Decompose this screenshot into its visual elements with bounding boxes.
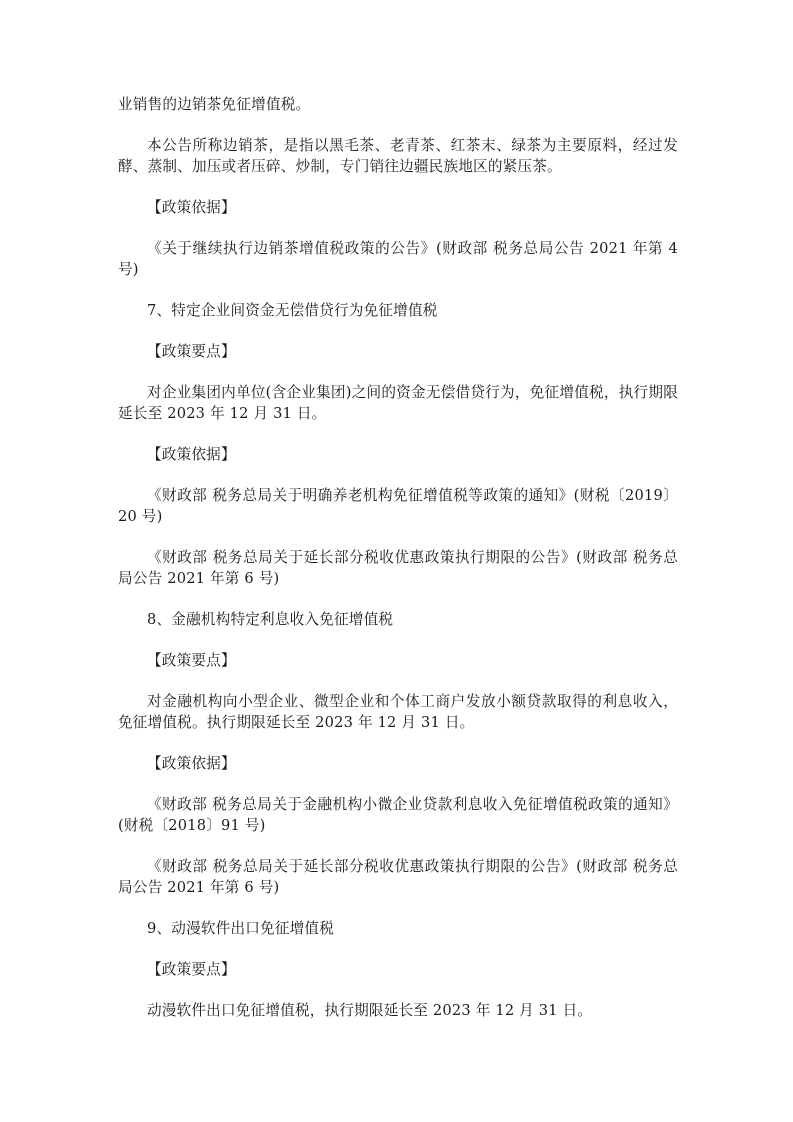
policy-reference: 《关于继续执行边销茶增值税政策的公告》(财政部 税务总局公告 2021 年第 4… <box>118 238 678 280</box>
document-page: 业销售的边销茶免征增值税。 本公告所称边销茶，是指以黑毛茶、老青茶、红茶末、绿茶… <box>118 94 678 1041</box>
section-heading-9: 9、动漫软件出口免征增值税 <box>118 918 678 939</box>
section-label-policy-points: 【政策要点】 <box>118 650 678 671</box>
section-label-policy-points: 【政策要点】 <box>118 341 678 362</box>
section-label-policy-basis: 【政策依据】 <box>118 753 678 774</box>
policy-reference: 《财政部 税务总局关于明确养老机构免征增值税等政策的通知》(财税〔2019〕20… <box>118 485 678 527</box>
paragraph-policy-point: 对企业集团内单位(含企业集团)之间的资金无偿借贷行为，免征增值税，执行期限延长至… <box>118 382 678 424</box>
section-label-policy-basis: 【政策依据】 <box>118 197 678 218</box>
paragraph-policy-point: 动漫软件出口免征增值税，执行期限延长至 2023 年 12 月 31 日。 <box>118 1000 678 1021</box>
policy-reference: 《财政部 税务总局关于延长部分税收优惠政策执行期限的公告》(财政部 税务总局公告… <box>118 856 678 898</box>
paragraph-tea-definition: 本公告所称边销茶，是指以黑毛茶、老青茶、红茶末、绿茶为主要原料，经过发酵、蒸制、… <box>118 135 678 177</box>
section-heading-7: 7、特定企业间资金无偿借贷行为免征增值税 <box>118 300 678 321</box>
paragraph-policy-point: 对金融机构向小型企业、微型企业和个体工商户发放小额贷款取得的利息收入，免征增值税… <box>118 691 678 733</box>
section-label-policy-basis: 【政策依据】 <box>118 444 678 465</box>
policy-reference: 《财政部 税务总局关于延长部分税收优惠政策执行期限的公告》(财政部 税务总局公告… <box>118 547 678 589</box>
paragraph-continuation: 业销售的边销茶免征增值税。 <box>118 94 678 115</box>
policy-reference: 《财政部 税务总局关于金融机构小微企业贷款利息收入免征增值税政策的通知》(财税〔… <box>118 794 678 836</box>
section-label-policy-points: 【政策要点】 <box>118 959 678 980</box>
section-heading-8: 8、金融机构特定利息收入免征增值税 <box>118 609 678 630</box>
